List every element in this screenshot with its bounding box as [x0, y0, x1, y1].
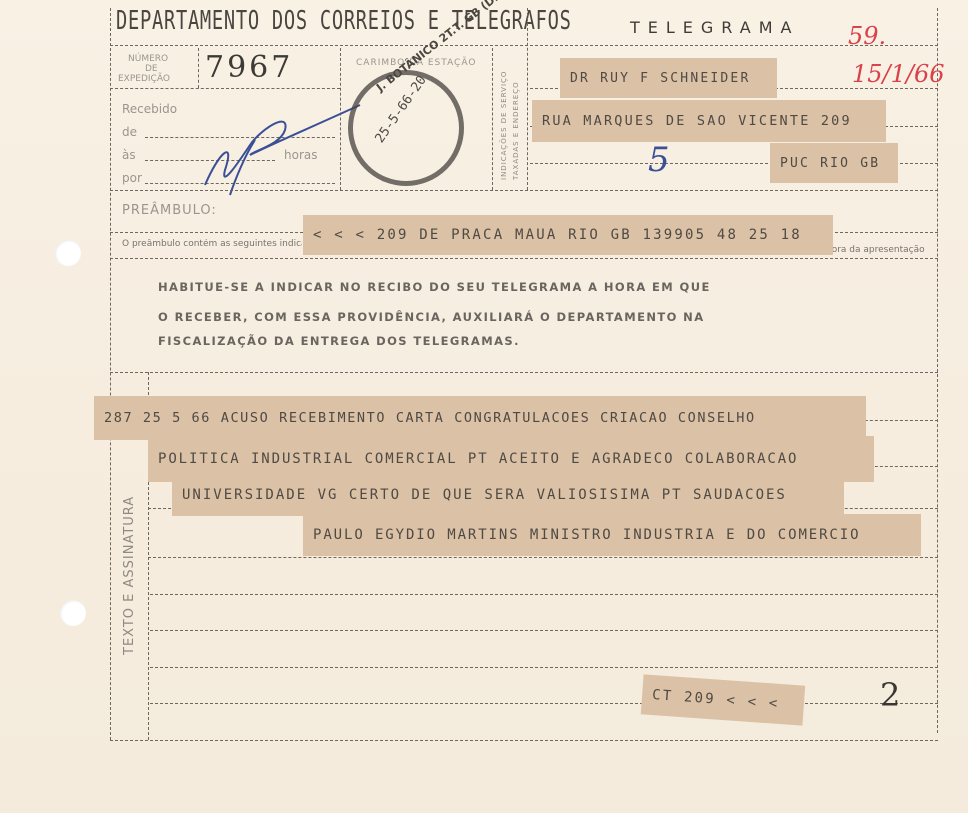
- department-title: DEPARTAMENTO DOS CORREIOS E TELEGRAFOS: [116, 4, 411, 38]
- de-label: de: [122, 125, 137, 139]
- numero-label-1: NÚMERO: [128, 54, 168, 64]
- message-line-3: UNIVERSIDADE VG CERTO DE QUE SERA VALIOS…: [172, 474, 844, 516]
- indicacoes-divider-left: [492, 48, 493, 190]
- frame-bottom: [110, 740, 938, 741]
- message-line-4: PAULO EGYDIO MARTINS MINISTRO INDUSTRIA …: [303, 514, 921, 556]
- por-label: por: [122, 171, 142, 185]
- preamble-label: PREÂMBULO:: [122, 203, 217, 218]
- numero-label-2: DE: [145, 64, 158, 74]
- telegram-paper: DEPARTAMENTO DOS CORREIOS E TELEGRAFOS T…: [0, 0, 968, 813]
- as-label: às: [122, 148, 136, 162]
- indicacoes-label: INDICAÇÕES DE SERVIÇO TAXADAS E ENDEREÇO: [498, 50, 522, 180]
- message-side-label: TEXTO E ASSINATURA: [122, 496, 137, 655]
- punch-hole-top: [55, 240, 81, 266]
- frame-right: [937, 8, 938, 733]
- numero-bottom: [110, 88, 340, 89]
- address-line-city: PUC RIO GB: [770, 143, 898, 183]
- punch-hole-bottom: [60, 600, 86, 626]
- notice-bottom-rule: [110, 372, 938, 373]
- message-line-1: 287 25 5 66 ACUSO RECEBIMENTO CARTA CONG…: [94, 396, 866, 440]
- numero-divider: [198, 48, 199, 88]
- address-line-street: RUA MARQUES DE SAO VICENTE 209: [532, 100, 886, 142]
- preamble-info: O preâmbulo contém as seguintes indicaçõ…: [122, 239, 302, 249]
- preamble-top-rule: [110, 190, 938, 191]
- handwritten-note-date: 15/1/66: [852, 60, 945, 88]
- blue-signature-icon: [195, 100, 365, 200]
- address-line-name: DR RUY F SCHNEIDER: [560, 58, 777, 98]
- numero-label-3: EXPEDIÇÃO: [118, 74, 170, 84]
- header-divider: [527, 8, 528, 190]
- blue-handwritten-mark: 5: [648, 140, 670, 180]
- handwritten-page-mark: 2: [880, 676, 900, 714]
- message-footer-tape: CT 209 < < <: [641, 674, 805, 725]
- preamble-tape: < < < 209 DE PRACA MAUA RIO GB 139905 48…: [303, 215, 833, 255]
- form-title: TELEGRAMA: [630, 18, 799, 37]
- preamble-info-right: hora da apresentação: [826, 245, 925, 255]
- notice-line-3: FISCALIZAÇÃO DA ENTREGA DOS TELEGRAMAS.: [158, 334, 520, 348]
- header-rule: [110, 45, 938, 46]
- frame-left: [110, 8, 111, 740]
- expedition-number: 7967: [205, 50, 293, 85]
- notice-line-1: HABITUE-SE A INDICAR NO RECIBO DO SEU TE…: [158, 280, 888, 294]
- notice-line-2: O RECEBER, COM ESSA PROVIDÊNCIA, AUXILIA…: [158, 310, 884, 324]
- recebido-label: Recebido: [122, 102, 177, 116]
